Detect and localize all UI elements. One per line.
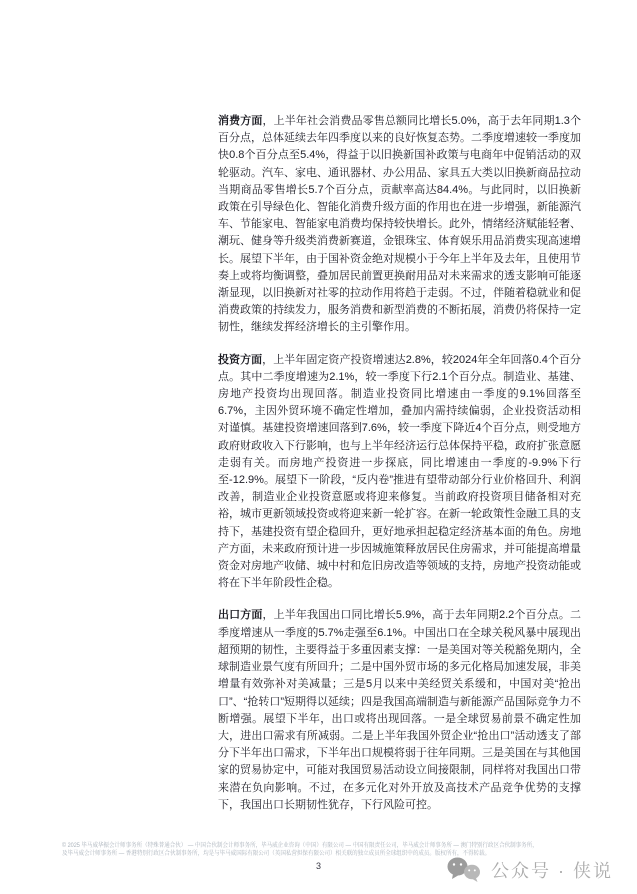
- paragraph-investment-heading: 投资方面: [218, 354, 262, 366]
- paragraph-consumption-text: ，上半年社会消费品零售总额同比增长5.0%，高于去年同期1.3个百分点，总体延续…: [218, 115, 581, 333]
- paragraph-consumption: 消费方面，上半年社会消费品零售总额同比增长5.0%，高于去年同期1.3个百分点，…: [218, 113, 581, 337]
- watermark-text: 公众号 · 侠说: [491, 857, 613, 883]
- paragraph-export: 出口方面，上半年我国出口同比增长5.9%，高于去年同期2.2个百分点。二季度增速…: [218, 607, 581, 813]
- wechat-icon: [446, 856, 482, 883]
- paragraph-export-text: ，上半年我国出口同比增长5.9%，高于去年同期2.2个百分点。二季度增速从一季度…: [218, 609, 581, 810]
- watermark: 公众号 · 侠说: [446, 856, 613, 883]
- paragraph-investment: 投资方面，上半年固定资产投资增速达2.8%，较2024年全年回落0.4个百分点。…: [218, 352, 581, 593]
- paragraph-consumption-heading: 消费方面: [218, 115, 262, 127]
- report-body: 消费方面，上半年社会消费品零售总额同比增长5.0%，高于去年同期1.3个百分点，…: [218, 113, 581, 829]
- document-page: 消费方面，上半年社会消费品零售总额同比增长5.0%，高于去年同期1.3个百分点，…: [0, 0, 637, 894]
- paragraph-investment-text: ，上半年固定资产投资增速达2.8%，较2024年全年回落0.4个百分点。其中二季…: [218, 354, 581, 590]
- paragraph-export-heading: 出口方面: [218, 609, 262, 621]
- copyright-line-1: © 2025 毕马威华振会计师事务所（特殊普通合伙） — 中国合伙制会计师事务所…: [62, 842, 537, 850]
